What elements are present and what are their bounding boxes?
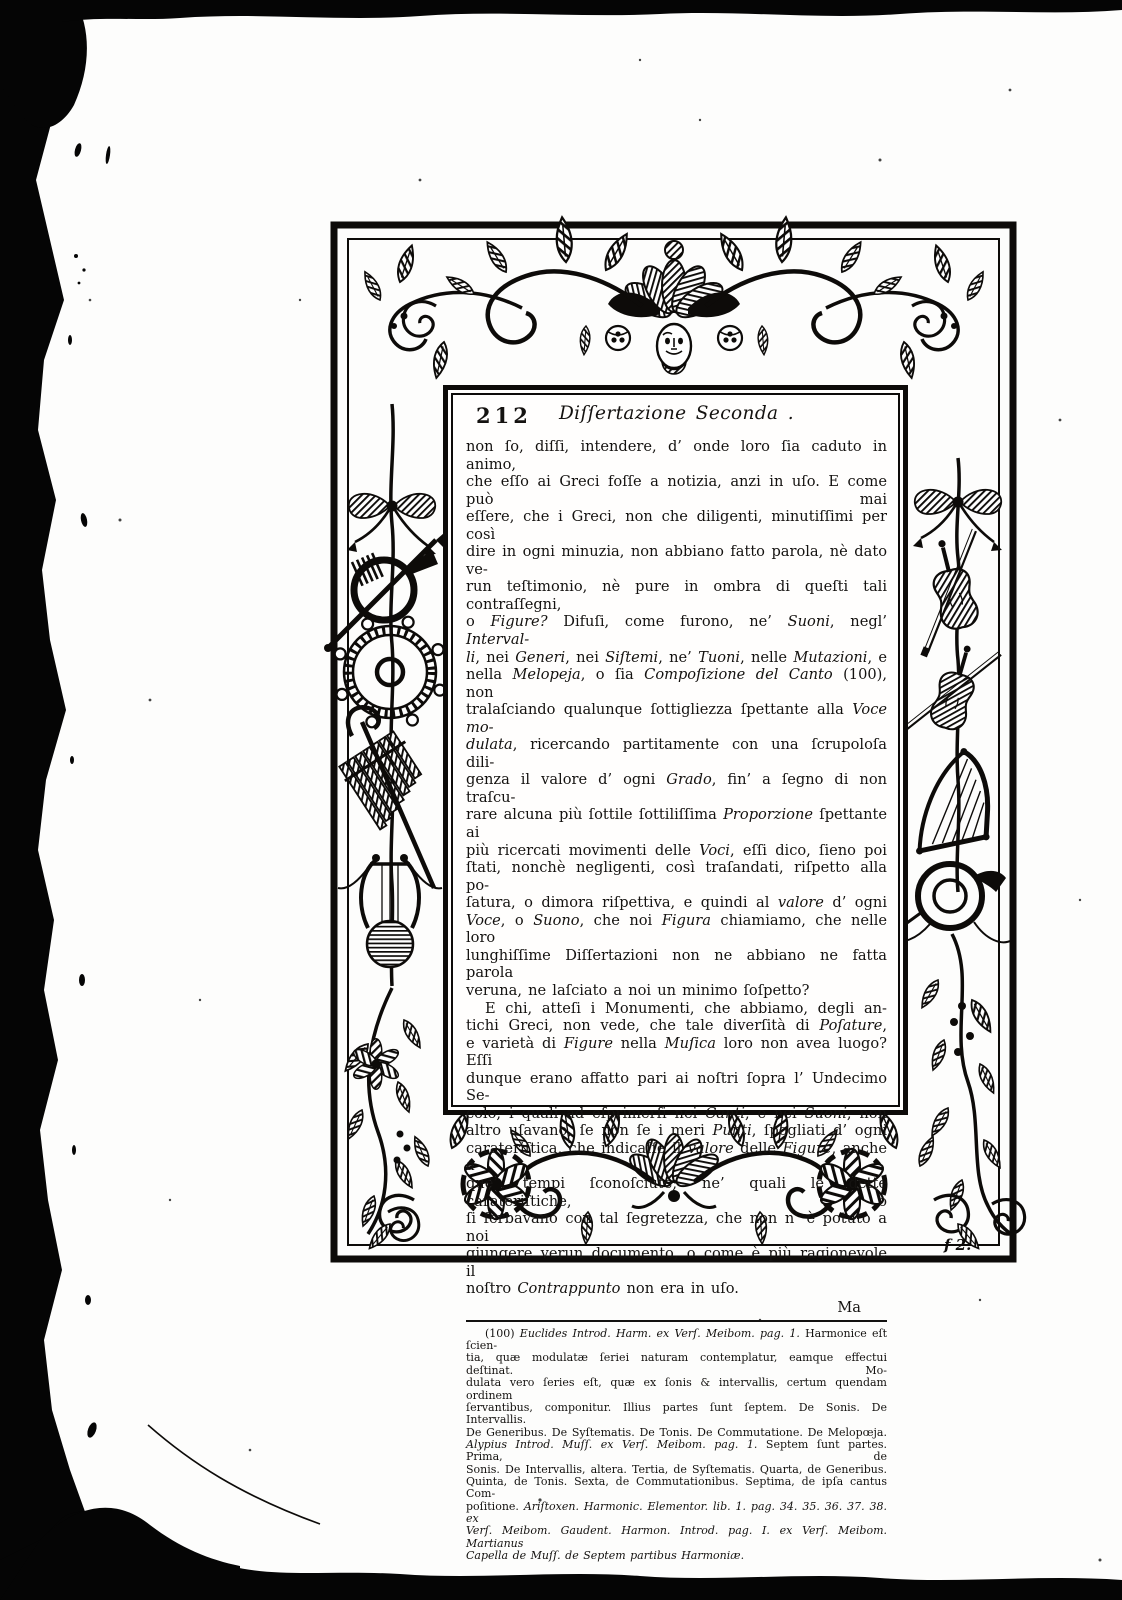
- text-line: (100) Euclides Introd. Harm. ex Verſ. Me…: [466, 1328, 887, 1353]
- text-line: carateriſtica, che indicaſſe il valore d…: [466, 1140, 887, 1175]
- body-text: non ſo, diſſi, intendere, d’ onde loro ſ…: [466, 438, 887, 1298]
- headpiece-engraving: [360, 217, 987, 380]
- violin-icon: [896, 630, 1002, 756]
- text-line: Voce, o Suono, che noi Figura chiamiamo,…: [466, 912, 887, 947]
- text-line: altro uſavano, ſe non ſe i meri Punti, ſ…: [466, 1122, 887, 1140]
- fruit-cup-icon: [606, 326, 630, 350]
- footnote-rule: [466, 1320, 887, 1322]
- text-panel-inner: 212 Diſſertazione Seconda . non ſo, diſſ…: [451, 393, 900, 1107]
- text-line: veruna, ne laſciato a noi un minimo ſoſp…: [466, 982, 887, 1000]
- text-line: E chi, atteſi i Monumenti, che abbiamo, …: [466, 1000, 887, 1018]
- page-header: 212 Diſſertazione Seconda .: [466, 401, 887, 431]
- text-line: non ſo, diſſi, intendere, d’ onde loro ſ…: [466, 438, 887, 473]
- harp-icon: [897, 745, 997, 855]
- violin-icon: [894, 528, 1003, 659]
- text-line: que’ tempi ſconoſciute; ne’ quali le det…: [466, 1175, 887, 1210]
- text-line: poſitione. Ariſtoxen. Harmonic. Elemento…: [466, 1501, 887, 1526]
- text-line: li, nei Generi, nei Siſtemi, ne’ Tuoni, …: [466, 649, 887, 667]
- text-line: dulata vero ſeries eſt, quæ ex ſonis & i…: [466, 1377, 887, 1402]
- text-line: ſatura, o dimora riſpettiva, e quindi al…: [466, 894, 887, 912]
- text-line: ſtati, nonchè negligenti, così traſandat…: [466, 859, 887, 894]
- ribbon-stem: [391, 404, 393, 986]
- signature-mark: f 2.: [944, 1236, 971, 1254]
- text-line: ſi ſerbavano con tal ſegretezza, che non…: [466, 1210, 887, 1245]
- mask-face-icon: [608, 241, 740, 374]
- text-line: eſſere, che i Greci, non che diligenti, …: [466, 508, 887, 543]
- fruit-cup-icon: [718, 326, 742, 350]
- text-line: tralaſciando qualunque ſottigliezza ſpet…: [466, 701, 887, 736]
- catchword: Ma: [466, 1299, 887, 1316]
- text-line: giungere verun documento, o come è più r…: [466, 1245, 887, 1280]
- footnote-text: (100) Euclides Introd. Harm. ex Verſ. Me…: [466, 1328, 887, 1563]
- text-line: che eſſo ai Greci foſſe a notizia, anzi …: [466, 473, 887, 508]
- text-line: o Figure? Difuſi, come furono, ne’ Suoni…: [466, 613, 887, 648]
- text-line: Capella de Muſſ. de Septem partibus Harm…: [466, 1550, 887, 1562]
- text-line: Alypius Introd. Muſſ. ex Verſ. Meibom. p…: [466, 1439, 887, 1464]
- text-panel: 212 Diſſertazione Seconda . non ſo, diſſ…: [443, 385, 908, 1115]
- text-line: colo, i quali ad eſprimerſi nei Canti, e…: [466, 1105, 887, 1123]
- left-instrument-trophy: [324, 404, 456, 1241]
- text-line: nella Melopeja, o ſia Compoſizione del C…: [466, 666, 887, 701]
- foliage-branch-icon: [917, 934, 1024, 1236]
- text-line: lunghiſſime Diſſertazioni non ne abbiano…: [466, 947, 887, 982]
- text-line: tia, quæ modulatæ ſeriei naturam contemp…: [466, 1352, 887, 1377]
- text-line: run teſtimonio, nè pure in ombra di queſ…: [466, 578, 887, 613]
- text-line: Quinta, de Tonis. Sexta, de Commutationi…: [466, 1476, 887, 1501]
- text-line: tichi Greci, non vede, che tale diverſit…: [466, 1017, 887, 1035]
- text-line: rare alcuna più ſottile ſottiliſſima Pro…: [466, 806, 887, 841]
- right-instrument-trophy: [892, 458, 1025, 1236]
- text-line: ſervantibus, componitur. Illius partes ſ…: [466, 1402, 887, 1427]
- hunting-horn-icon: [892, 864, 1012, 942]
- text-line: dire in ogni minuzia, non abbiano fatto …: [466, 543, 887, 578]
- text-line: più ricercati movimenti delle Voci, eſſi…: [466, 842, 887, 860]
- text-line: dunque erano affatto pari ai noſtri ſopr…: [466, 1070, 887, 1105]
- panpipes-icon: [337, 707, 438, 888]
- page-number: 212: [476, 403, 532, 428]
- scanned-book-page: 212 Diſſertazione Seconda . non ſo, diſſ…: [0, 0, 1122, 1600]
- text-line: Verſ. Meibom. Gaudent. Harmon. Introd. p…: [466, 1525, 887, 1550]
- text-line: e varietà di Figure nella Muſica loro no…: [466, 1035, 887, 1070]
- text-line: genza il valore d’ ogni Grado, fin’ a ſe…: [466, 771, 887, 806]
- text-line: dulata, ricercando partitamente con una …: [466, 736, 887, 771]
- text-line: noſtro Contrappunto non era in uſo.: [466, 1280, 887, 1298]
